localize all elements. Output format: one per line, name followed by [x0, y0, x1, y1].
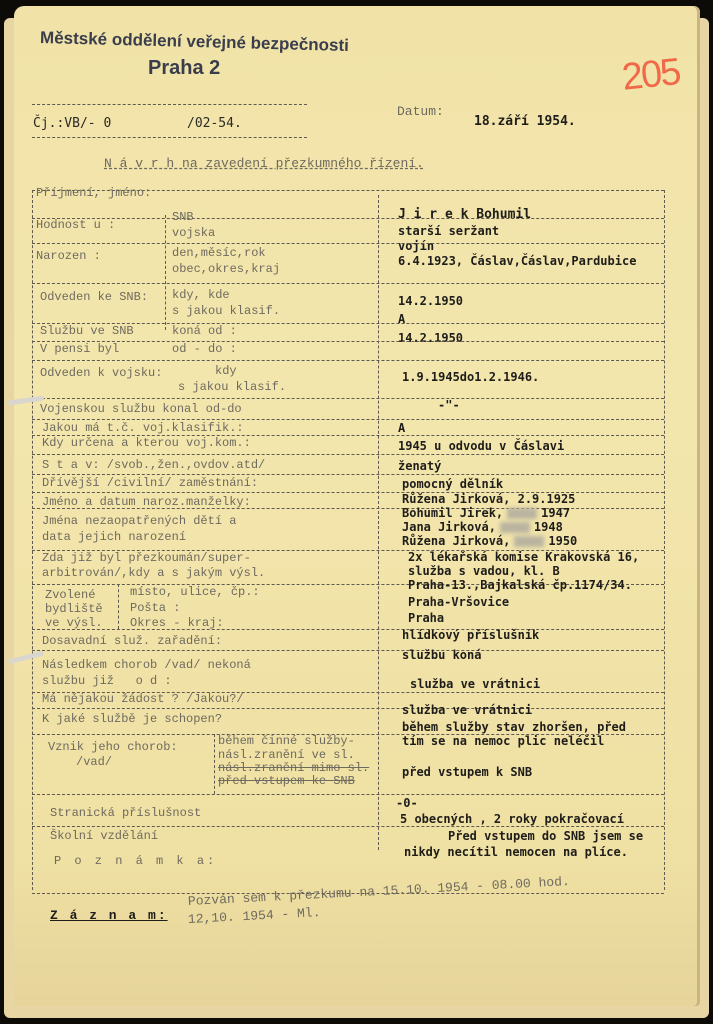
value-residence-post: Praha-Vršovice — [408, 595, 509, 609]
label-residence-2: bydliště — [45, 602, 103, 616]
value-origin-2: tím se na nemoc plic neléčil — [402, 734, 604, 748]
page-number: 205 — [620, 51, 682, 100]
value-capable: služba ve vrátnici — [402, 703, 532, 717]
value-note-2: nikdy necítil nemocen na plíce. — [404, 845, 628, 859]
value-not-serving: službu koná — [402, 648, 481, 662]
label-determined: Kdy určena a kterou voj.kom.: — [42, 436, 251, 450]
label-born: Narozen : — [36, 249, 101, 263]
value-snb-service: 14.2.1950 — [398, 331, 463, 345]
label-army-enlisted: Odveden k vojsku: — [40, 366, 162, 380]
date-value: 18.září 1954. — [474, 114, 576, 129]
value-rank-army: vojín — [398, 239, 434, 253]
value-residence-place: Praha-13.,Bajkalská čp.1174/34. — [408, 578, 632, 592]
city-stamp: Praha 2 — [148, 57, 220, 80]
origin-option-active: během činné služby- — [218, 734, 355, 748]
value-current-class: A — [398, 421, 405, 435]
origin-option-in-service: násl.zranění ve sl. — [218, 748, 355, 762]
label-wife: Jméno a datum naroz.manželky: — [42, 495, 251, 509]
label-request: Má nějakou žádost ? /Jakou?/ — [42, 692, 244, 706]
label-surname: Příjmení, jméno: — [36, 186, 151, 200]
redacted-mark — [500, 522, 530, 533]
value-party: -0- — [396, 796, 418, 810]
pension-sub: od - do : — [172, 342, 237, 356]
label-children-dates: data jejich narození — [42, 530, 186, 544]
label-snb-enlisted: Odveden ke SNB: — [40, 290, 148, 304]
value-occupation: pomocný dělník — [402, 477, 503, 491]
value-rank-snb: starší seržant — [398, 224, 499, 238]
born-sub-date: den,měsíc,rok — [172, 246, 266, 260]
label-origin: Vznik jeho chorob: — [48, 740, 178, 754]
value-request: služba ve vrátnici — [410, 677, 540, 691]
label-children: Jména nezaopatřených dětí a — [42, 514, 236, 528]
label-party: Stranická příslušnost — [50, 806, 201, 820]
redacted-mark — [507, 508, 537, 519]
value-military-service: -"- — [438, 398, 460, 412]
value-army-enlisted: 1.9.1945do1.2.1946. — [402, 370, 539, 384]
label-current-class: Jakou má t.č. voj.klasifik.: — [42, 421, 244, 435]
label-residence: Zvolené — [45, 588, 95, 602]
value-note: Před vstupem do SNB jsem se — [448, 829, 643, 843]
label-note: P o z n á m k a: — [54, 854, 217, 868]
label-reviewed-2: arbitrován/,kdy a s jakým výsl. — [42, 566, 265, 580]
child-row: Bohumil Jirek,1947 — [402, 506, 570, 520]
rank-sub-snb: SNB — [172, 210, 194, 224]
label-reviewed: Zda již byl přezkoumán/super- — [42, 551, 251, 565]
residence-sub-post: Pošta : — [130, 601, 180, 615]
label-current-assignment: Dosavadní služ. zařadění: — [42, 634, 222, 648]
origin-option-outside: násl.zranění mimo sl. — [218, 761, 369, 775]
value-reviewed: 2x lékařská komise Krakovská 16, — [408, 550, 639, 564]
label-not-serving-2: službu již o d : — [42, 674, 172, 688]
army-enlisted-sub-class: s jakou klasif. — [178, 380, 286, 394]
rank-sub-army: vojska — [172, 226, 215, 240]
snb-enlisted-sub-class: s jakou klasif. — [172, 304, 280, 318]
child-row: Jana Jirková,1948 — [402, 520, 563, 534]
value-born: 6.4.1923, Čáslav,Čáslav,Pardubice — [398, 254, 636, 268]
value-wife: Růžena Jirková, 2.9.1925 — [402, 492, 575, 506]
army-enlisted-sub-when: kdy — [215, 364, 237, 378]
label-origin-2: /vad/ — [76, 755, 112, 769]
value-reviewed-2: služba s vadou, kl. B — [408, 564, 560, 578]
label-status: S t a v: /svob.,žen.,ovdov.atd/ — [42, 458, 265, 472]
child-row: Růžena Jirková,1950 — [402, 534, 577, 548]
residence-sub-district: Okres - kraj: — [130, 616, 224, 630]
label-residence-3: ve výsl. — [45, 616, 103, 630]
date-label: Datum: — [397, 104, 444, 119]
document-title: N á v r h na zavedení přezkumného řízení… — [104, 156, 424, 171]
origin-option-before: před vstupem ke SNB — [218, 774, 355, 788]
label-military-service: Vojenskou službu konal od-do — [40, 402, 242, 416]
label-capable: K jaké službě je schopen? — [42, 712, 222, 726]
value-snb-enlisted-date: 14.2.1950 — [398, 294, 463, 308]
label-not-serving: Následkem chorob /vad/ nekoná — [42, 658, 251, 672]
label-occupation: Dřívější /civilní/ zaměstnání: — [42, 476, 258, 490]
reference-number: /02-54. — [187, 116, 242, 131]
value-surname: J i r e k Bohumil — [398, 207, 531, 222]
value-determined: 1945 u odvodu v Čáslavi — [398, 439, 564, 453]
snb-enlisted-sub-when: kdy, kde — [172, 288, 230, 302]
residence-sub-place: místo, ulice, čp.: — [130, 585, 260, 599]
value-status: ženatý — [398, 459, 441, 473]
snb-service-sub: koná od : — [172, 324, 237, 338]
record-label: Z á z n a m: — [50, 908, 168, 923]
value-origin: během služby stav zhoršen, před — [402, 720, 626, 734]
label-education: Školní vzdělání — [50, 829, 158, 843]
reference-label: Čj.:VB/- 0 — [33, 116, 111, 131]
label-pension: V pensi byl — [40, 342, 119, 356]
value-current-assignment: hlídkový příslušník — [402, 628, 539, 642]
label-rank: Hodnost u : — [36, 218, 115, 232]
born-sub-place: obec,okres,kraj — [172, 262, 280, 276]
value-education: 5 obecných , 2 roky pokračovací — [400, 812, 624, 826]
redacted-mark — [514, 536, 544, 547]
value-origin-3: před vstupem k SNB — [402, 765, 532, 779]
label-snb-service: Službu ve SNB — [40, 324, 134, 338]
value-residence-district: Praha — [408, 611, 444, 625]
